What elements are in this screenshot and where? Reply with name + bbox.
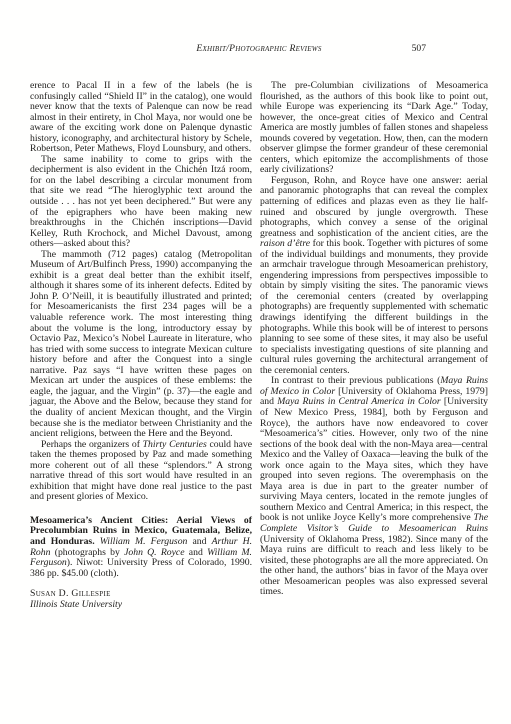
paragraph: The same inability to come to grips with…: [30, 155, 252, 250]
text-run: for this book. Together with pictures of…: [260, 238, 488, 376]
text-run: Susan D. Gillespie: [30, 588, 111, 599]
paragraph: Perhaps the organizers of Thirty Centuri…: [30, 440, 252, 503]
journal-page: Exhibit/Photographic Reviews 507 erence …: [0, 0, 511, 724]
text-run: (photographs by: [50, 547, 124, 558]
paragraph-continuation: erence to Pacal II in a few of the label…: [30, 81, 252, 155]
text-run: Maya Ruins in Central America in Color: [277, 396, 440, 407]
text-run: [University of New Mexico Press, 1984], …: [260, 396, 488, 523]
text-run: In contrast to their previous publicatio…: [271, 375, 440, 386]
page-number: 507: [412, 43, 426, 54]
text-run: Ferguson, Rohn, and Royce have one answe…: [260, 175, 488, 239]
paragraph: The pre-Columbian civilizations of Mesoa…: [260, 81, 488, 176]
running-header: Exhibit/Photographic Reviews 507: [30, 43, 488, 57]
text-run: Thirty Centuries: [143, 439, 207, 450]
text-run: Perhaps the organizers of: [41, 439, 143, 450]
text-run: and: [185, 547, 208, 558]
paragraph: In contrast to their previous publicatio…: [260, 376, 488, 597]
text-run: (University of Oklahoma Press, 1982). Si…: [260, 534, 488, 598]
text-run: John Q. Royce: [124, 547, 184, 558]
text-columns: erence to Pacal II in a few of the label…: [30, 81, 488, 610]
right-column: The pre-Columbian civilizations of Mesoa…: [260, 81, 488, 610]
text-run: The mammoth (712 pages) catalog (Metropo…: [30, 249, 252, 439]
text-run: Illinois State University: [30, 599, 122, 610]
review-heading: Mesoamerica’s Ancient Cities: Aerial Vie…: [30, 516, 252, 579]
text-run: The same inability to come to grips with…: [30, 154, 252, 249]
left-column: erence to Pacal II in a few of the label…: [30, 81, 252, 610]
text-run: raison d’être: [260, 238, 310, 249]
text-run: William M. Ferguson: [100, 536, 188, 547]
text-run: The pre-Columbian civilizations of Mesoa…: [260, 80, 488, 175]
reviewer-affiliation: Illinois State University: [30, 600, 252, 611]
text-run: erence to Pacal II in a few of the label…: [30, 80, 252, 154]
paragraph: Ferguson, Rohn, and Royce have one answe…: [260, 176, 488, 376]
paragraph: The mammoth (712 pages) catalog (Metropo…: [30, 250, 252, 440]
text-run: and: [187, 536, 211, 547]
